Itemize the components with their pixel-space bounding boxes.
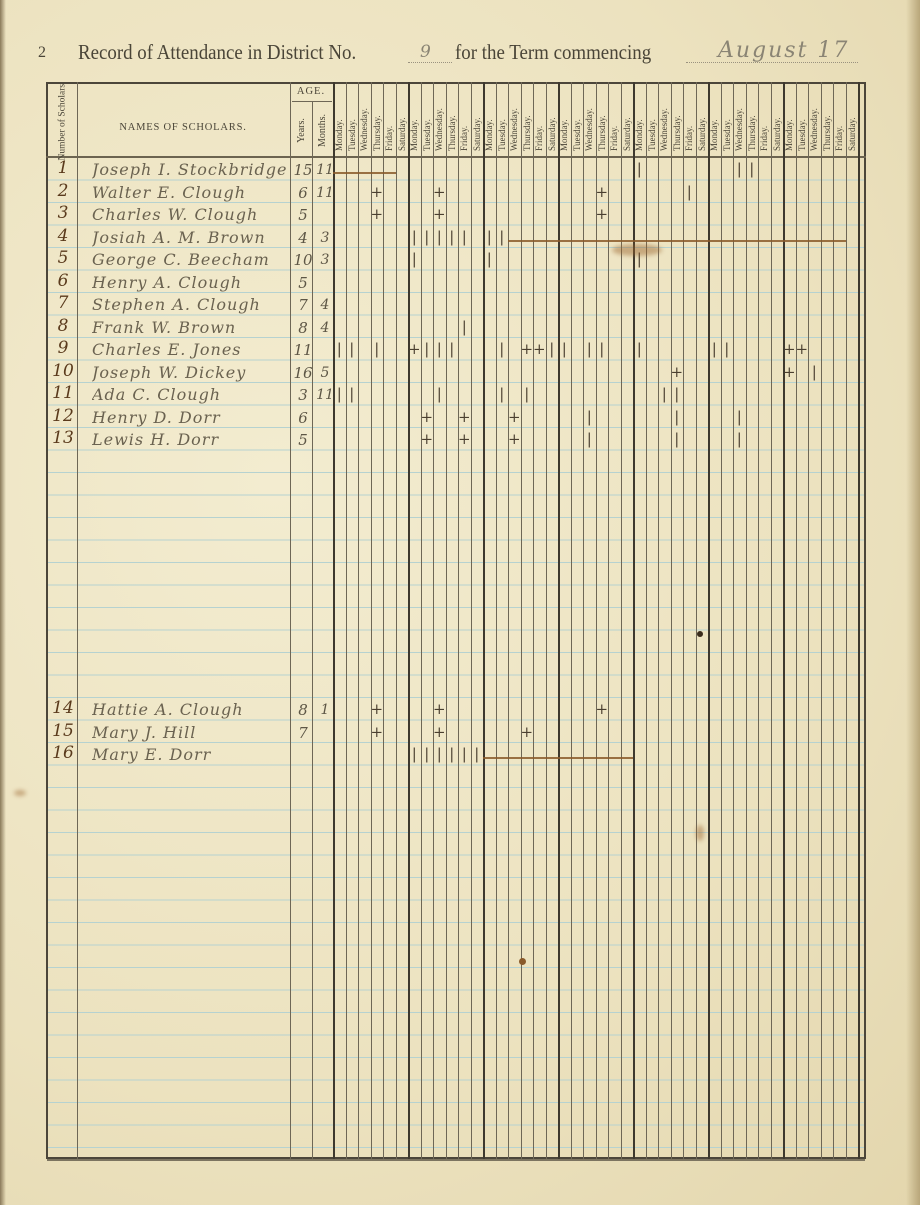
tardy-mark: + — [458, 430, 471, 448]
day-header-label: Tuesday. — [797, 91, 807, 151]
day-header: Tuesday. — [496, 84, 509, 156]
day-header-label: Thursday. — [822, 91, 832, 151]
scholar-age-months: 4 — [316, 297, 334, 313]
day-header-label: Saturday. — [697, 91, 707, 151]
attendance-mark: | — [671, 385, 684, 403]
day-header-label: Saturday. — [622, 91, 632, 151]
tardy-mark: + — [783, 340, 796, 358]
tardy-mark: + — [371, 183, 384, 201]
scholar-age-months: 11 — [316, 162, 334, 178]
attendance-mark: | — [421, 228, 434, 246]
scholar-row: 6Henry A. Clough5 — [46, 273, 866, 295]
tardy-mark: + — [458, 408, 471, 426]
scholar-number: 14 — [50, 698, 76, 718]
scholar-row: 2Walter E. Clough611 — [46, 183, 866, 205]
day-header: Friday. — [833, 84, 846, 156]
scholar-age-years: 7 — [292, 724, 314, 742]
tardy-mark: + — [433, 205, 446, 223]
day-header-label: Saturday. — [472, 91, 482, 151]
scholar-number: 9 — [50, 338, 76, 358]
scholar-name: Charles E. Jones — [92, 340, 288, 359]
scholar-number: 16 — [50, 743, 76, 763]
attendance-mark: | — [583, 340, 596, 358]
ink-dot — [519, 958, 526, 965]
day-header-label: Tuesday. — [497, 91, 507, 151]
header-number-of-scholars: Number of Scholars. — [48, 88, 76, 154]
day-header: Monday. — [408, 84, 421, 156]
scholar-number: 6 — [50, 271, 76, 291]
scholar-number: 11 — [50, 383, 76, 403]
day-header: Saturday. — [471, 84, 484, 156]
attendance-mark: | — [733, 430, 746, 448]
tardy-mark: + — [508, 408, 521, 426]
attendance-mark: | — [458, 228, 471, 246]
district-fill-line — [408, 62, 452, 63]
scholar-name: Stephen A. Clough — [92, 295, 288, 314]
scholar-age-years: 8 — [292, 319, 314, 337]
ink-dot — [697, 631, 703, 637]
day-header: Saturday. — [546, 84, 559, 156]
tardy-mark: + — [596, 183, 609, 201]
tardy-mark: + — [433, 183, 446, 201]
day-header: Saturday. — [771, 84, 784, 156]
scholar-age-years: 6 — [292, 409, 314, 427]
tardy-mark: + — [371, 723, 384, 741]
scholar-name: Henry A. Clough — [92, 273, 288, 292]
attendance-mark: | — [433, 340, 446, 358]
day-header-label: Friday. — [609, 91, 619, 151]
scholar-name: Ada C. Clough — [92, 385, 288, 404]
attendance-mark: | — [671, 430, 684, 448]
day-header-label: Saturday. — [397, 91, 407, 151]
attendance-mark: | — [633, 340, 646, 358]
day-header: Tuesday. — [571, 84, 584, 156]
day-header: Thursday. — [596, 84, 609, 156]
scholar-age-years: 6 — [292, 184, 314, 202]
scholar-number: 12 — [50, 406, 76, 426]
day-header-label: Thursday. — [522, 91, 532, 151]
day-header: Wednesday. — [658, 84, 671, 156]
scholar-name: Charles W. Clough — [92, 205, 288, 224]
scholar-number: 15 — [50, 721, 76, 741]
attendance-mark: | — [433, 385, 446, 403]
attendance-mark: | — [708, 340, 721, 358]
attendance-mark: | — [496, 228, 509, 246]
attendance-mark: | — [733, 408, 746, 426]
attendance-mark: | — [333, 385, 346, 403]
day-header-label: Monday. — [559, 91, 569, 151]
district-number-value: 9 — [420, 42, 431, 62]
day-header: Wednesday. — [508, 84, 521, 156]
day-header-label: Thursday. — [747, 91, 757, 151]
day-header-label: Friday. — [459, 91, 469, 151]
scholar-age-years: 5 — [292, 431, 314, 449]
scholar-age-years: 5 — [292, 206, 314, 224]
attendance-mark: | — [496, 385, 509, 403]
attendance-mark: | — [483, 250, 496, 268]
header-months-text: Months. — [318, 113, 329, 146]
day-header-label: Wednesday. — [584, 91, 594, 151]
day-header-label: Thursday. — [372, 91, 382, 151]
day-header: Friday. — [383, 84, 396, 156]
day-header: Tuesday. — [646, 84, 659, 156]
attendance-mark: | — [408, 250, 421, 268]
tardy-mark: + — [521, 723, 534, 741]
day-header-label: Monday. — [709, 91, 719, 151]
day-header-label: Saturday. — [547, 91, 557, 151]
day-header: Monday. — [483, 84, 496, 156]
day-header: Wednesday. — [733, 84, 746, 156]
scholar-row: 15Mary J. Hill7 — [46, 723, 866, 745]
scholar-age-years: 8 — [292, 701, 314, 719]
scholar-age-months: 1 — [316, 702, 334, 718]
scholar-name: Hattie A. Clough — [92, 700, 288, 719]
day-header: Friday. — [533, 84, 546, 156]
term-start-value: August 17 — [718, 38, 849, 63]
scholar-number: 8 — [50, 316, 76, 336]
tardy-mark: + — [408, 340, 421, 358]
day-header: Thursday. — [371, 84, 384, 156]
day-header-label: Wednesday. — [734, 91, 744, 151]
day-header: Thursday. — [671, 84, 684, 156]
scholar-name: Walter E. Clough — [92, 183, 288, 202]
attendance-mark: | — [446, 340, 459, 358]
tardy-mark: + — [433, 723, 446, 741]
attendance-mark: | — [658, 385, 671, 403]
day-header-label: Monday. — [484, 91, 494, 151]
day-header-label: Wednesday. — [434, 91, 444, 151]
scholar-name: Frank W. Brown — [92, 318, 288, 337]
attendance-mark: | — [421, 340, 434, 358]
day-header: Wednesday. — [358, 84, 371, 156]
day-header-label: Wednesday. — [659, 91, 669, 151]
day-header: Monday. — [333, 84, 346, 156]
tardy-mark: + — [533, 340, 546, 358]
day-header-label: Friday. — [834, 91, 844, 151]
day-header-label: Monday. — [784, 91, 794, 151]
day-header-label: Friday. — [534, 91, 544, 151]
attendance-mark: | — [433, 745, 446, 763]
scholar-age-years: 4 — [292, 229, 314, 247]
day-header-label: Friday. — [384, 91, 394, 151]
age-header-rule — [292, 101, 332, 102]
scholar-number: 5 — [50, 248, 76, 268]
scholar-row: 7Stephen A. Clough74 — [46, 295, 866, 317]
tardy-mark: + — [433, 700, 446, 718]
day-header: Friday. — [758, 84, 771, 156]
day-header: Thursday. — [446, 84, 459, 156]
tardy-mark: + — [796, 340, 809, 358]
header-number-text: Number of Scholars. — [57, 82, 67, 161]
attendance-mark: | — [733, 160, 746, 178]
scholar-number: 1 — [50, 158, 76, 178]
attendance-mark: | — [471, 745, 484, 763]
attendance-mark: | — [671, 408, 684, 426]
attendance-mark: | — [583, 430, 596, 448]
day-header-label: Wednesday. — [509, 91, 519, 151]
scholar-name: Joseph W. Dickey — [92, 363, 288, 382]
attendance-mark: | — [633, 160, 646, 178]
attendance-mark: | — [458, 745, 471, 763]
attendance-mark: | — [408, 228, 421, 246]
scholar-number: 4 — [50, 226, 76, 246]
day-header-label: Saturday. — [772, 91, 782, 151]
scholar-age-years: 3 — [292, 386, 314, 404]
header-years: Years. — [291, 104, 312, 156]
attendance-mark: | — [421, 745, 434, 763]
day-header: Wednesday. — [808, 84, 821, 156]
day-header: Thursday. — [821, 84, 834, 156]
scholar-name: Henry D. Dorr — [92, 408, 288, 427]
attendance-mark: | — [808, 363, 821, 381]
day-header: Saturday. — [696, 84, 709, 156]
tardy-mark: + — [521, 340, 534, 358]
strike-line — [483, 757, 633, 759]
day-header-label: Tuesday. — [647, 91, 657, 151]
day-header: Monday. — [708, 84, 721, 156]
attendance-mark: | — [371, 340, 384, 358]
strike-line — [508, 240, 846, 242]
tardy-mark: + — [671, 363, 684, 381]
header-age: AGE. — [290, 86, 332, 97]
scholar-number: 7 — [50, 293, 76, 313]
attendance-mark: | — [346, 340, 359, 358]
scholar-name: George C. Beecham — [92, 250, 288, 269]
tardy-mark: + — [421, 430, 434, 448]
attendance-mark: | — [446, 745, 459, 763]
scholar-age-years: 10 — [292, 251, 314, 269]
day-header-label: Monday. — [634, 91, 644, 151]
attendance-mark: | — [546, 340, 559, 358]
tardy-mark: + — [371, 700, 384, 718]
attendance-mark: | — [583, 408, 596, 426]
attendance-mark: | — [408, 745, 421, 763]
header-divider — [46, 156, 866, 158]
tardy-mark: + — [421, 408, 434, 426]
header-names-of-scholars: NAMES OF SCHOLARS. — [78, 122, 288, 133]
scholar-number: 3 — [50, 203, 76, 223]
day-header: Friday. — [608, 84, 621, 156]
scholar-age-months: 4 — [316, 320, 334, 336]
attendance-mark: | — [496, 340, 509, 358]
page-number: 2 — [38, 44, 46, 62]
day-header: Thursday. — [521, 84, 534, 156]
day-header: Tuesday. — [796, 84, 809, 156]
day-header-label: Monday. — [334, 91, 344, 151]
scholar-row: 14Hattie A. Clough81 — [46, 700, 866, 722]
day-header: Friday. — [683, 84, 696, 156]
scholar-age-years: 15 — [292, 161, 314, 179]
scholar-age-years: 11 — [292, 341, 314, 359]
day-header-label: Tuesday. — [722, 91, 732, 151]
header-years-text: Years. — [296, 118, 307, 143]
day-header-label: Monday. — [409, 91, 419, 151]
scholar-number: 2 — [50, 181, 76, 201]
page-edge-right — [906, 0, 920, 1205]
day-header-label: Tuesday. — [422, 91, 432, 151]
attendance-mark: | — [746, 160, 759, 178]
day-header-label: Tuesday. — [572, 91, 582, 151]
scholar-name: Joseph I. Stockbridge — [92, 160, 288, 179]
scholar-number: 10 — [50, 361, 76, 381]
scholar-age-years: 16 — [292, 364, 314, 382]
scholar-age-months: 5 — [316, 365, 334, 381]
scholar-row: 10Joseph W. Dickey165 — [46, 363, 866, 385]
scholar-age-months: 11 — [316, 387, 334, 403]
scholar-name: Lewis H. Dorr — [92, 430, 288, 449]
day-header-label: Thursday. — [447, 91, 457, 151]
day-header: Saturday. — [621, 84, 634, 156]
attendance-mark: | — [721, 340, 734, 358]
scholar-age-months: 3 — [316, 230, 334, 246]
day-header: Friday. — [458, 84, 471, 156]
tardy-mark: + — [508, 430, 521, 448]
title-term-label: for the Term commencing — [455, 40, 651, 65]
scholar-age-months: 11 — [316, 185, 334, 201]
ink-stain — [14, 790, 26, 796]
day-header: Saturday. — [396, 84, 409, 156]
day-header: Monday. — [633, 84, 646, 156]
day-header: Tuesday. — [421, 84, 434, 156]
day-header-label: Tuesday. — [347, 91, 357, 151]
ink-stain — [612, 244, 662, 256]
attendance-mark: | — [333, 340, 346, 358]
tardy-mark: + — [371, 205, 384, 223]
day-header: Monday. — [783, 84, 796, 156]
tardy-mark: + — [596, 205, 609, 223]
day-header-label: Friday. — [759, 91, 769, 151]
tardy-mark: + — [596, 700, 609, 718]
day-header: Wednesday. — [433, 84, 446, 156]
scholar-row: 5George C. Beecham103 — [46, 250, 866, 272]
attendance-mark: | — [683, 183, 696, 201]
tardy-mark: + — [783, 363, 796, 381]
scholar-age-years: 5 — [292, 274, 314, 292]
day-header-label: Thursday. — [597, 91, 607, 151]
scholar-row: 3Charles W. Clough5 — [46, 205, 866, 227]
scholar-name: Mary E. Dorr — [92, 745, 288, 764]
day-header-label: Friday. — [684, 91, 694, 151]
day-header-label: Thursday. — [672, 91, 682, 151]
day-header-label: Wednesday. — [809, 91, 819, 151]
attendance-mark: | — [458, 318, 471, 336]
scholar-number: 13 — [50, 428, 76, 448]
scholar-row: 11Ada C. Clough311 — [46, 385, 866, 407]
strike-line — [333, 172, 396, 174]
page-edge-left — [0, 0, 6, 1205]
attendance-mark: | — [558, 340, 571, 358]
day-header: Tuesday. — [721, 84, 734, 156]
day-header: Saturday. — [846, 84, 859, 156]
ink-stain — [696, 825, 704, 841]
scholar-name: Josiah A. M. Brown — [92, 228, 288, 247]
attendance-mark: | — [521, 385, 534, 403]
title-district-label: Record of Attendance in District No. — [78, 40, 356, 65]
day-header: Tuesday. — [346, 84, 359, 156]
day-header-label: Saturday. — [847, 91, 857, 151]
day-header: Thursday. — [746, 84, 759, 156]
day-header: Wednesday. — [583, 84, 596, 156]
attendance-mark: | — [446, 228, 459, 246]
attendance-mark: | — [346, 385, 359, 403]
attendance-mark: | — [433, 228, 446, 246]
header-months: Months. — [313, 104, 333, 156]
scholar-age-months: 3 — [316, 252, 334, 268]
scholar-age-years: 7 — [292, 296, 314, 314]
day-header: Monday. — [558, 84, 571, 156]
attendance-mark: | — [483, 228, 496, 246]
day-header-label: Wednesday. — [359, 91, 369, 151]
scholar-row: 8Frank W. Brown84 — [46, 318, 866, 340]
attendance-mark: | — [596, 340, 609, 358]
scholar-name: Mary J. Hill — [92, 723, 288, 742]
